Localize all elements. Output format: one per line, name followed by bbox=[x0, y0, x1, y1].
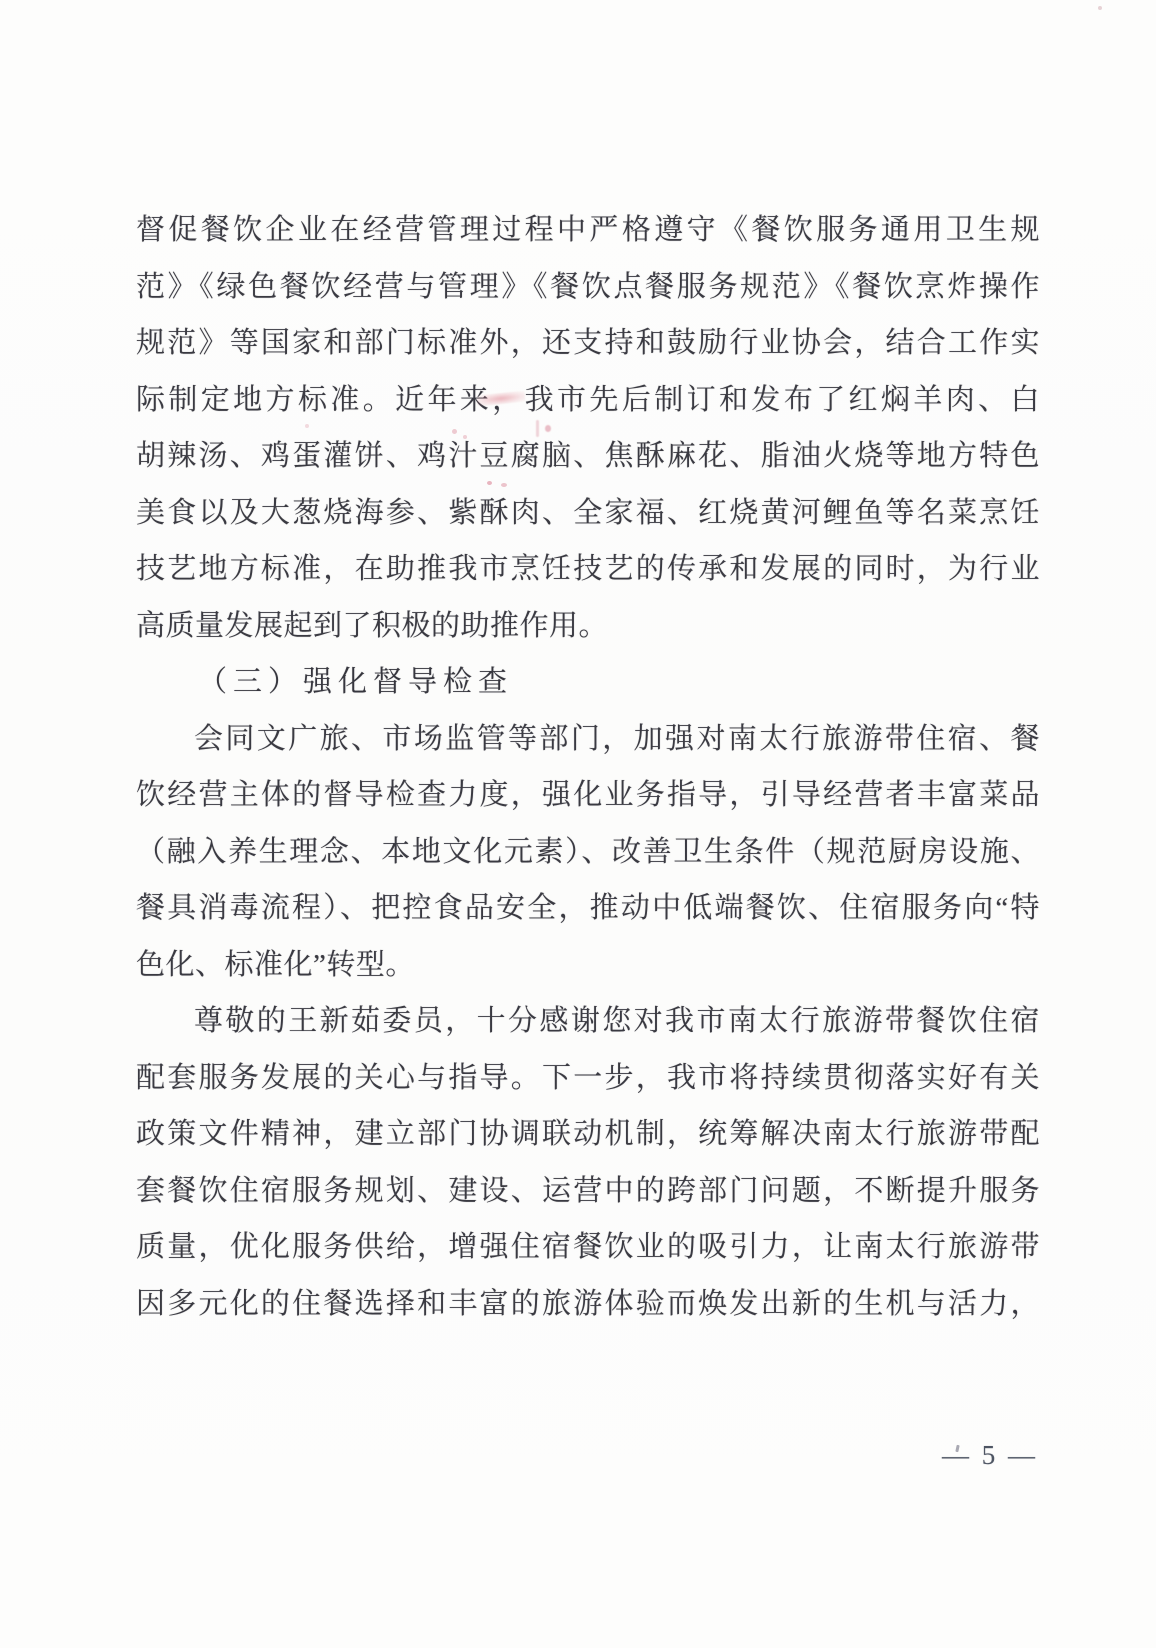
text-line: 胡辣汤、鸡蛋灌饼、鸡汁豆腐脑、焦酥麻花、脂油火烧等地方特色 bbox=[136, 428, 1040, 485]
section-heading: （三）强化督导检查 bbox=[136, 654, 1040, 711]
text-line: 规范》等国家和部门标准外，还支持和鼓励行业协会，结合工作实 bbox=[136, 315, 1040, 372]
text-line: 套餐饮住宿服务规划、建设、运营中的跨部门问题，不断提升服务 bbox=[136, 1163, 1040, 1220]
text-line-paragraph-end: 高质量发展起到了积极的助推作用。 bbox=[136, 598, 1040, 655]
text-line-paragraph-end: 色化、标准化”转型。 bbox=[136, 937, 1040, 994]
text-line: 饮经营主体的督导检查力度，强化业务指导，引导经营者丰富菜品 bbox=[136, 767, 1040, 824]
page-number: — 5 — bbox=[942, 1440, 1038, 1471]
text-line: 因多元化的住餐选择和丰富的旅游体验而焕发出新的生机与活力， bbox=[136, 1276, 1040, 1333]
text-line-paragraph-start: 尊敬的王新茹委员，十分感谢您对我市南太行旅游带餐饮住宿 bbox=[136, 993, 1040, 1050]
text-line: 餐具消毒流程）、把控食品安全，推动中低端餐饮、住宿服务向“特 bbox=[136, 880, 1040, 937]
text-line: 美食以及大葱烧海参、紫酥肉、全家福、红烧黄河鲤鱼等名菜烹饪 bbox=[136, 485, 1040, 542]
text-line: 技艺地方标准，在助推我市烹饪技艺的传承和发展的同时，为行业 bbox=[136, 541, 1040, 598]
text-line: 际制定地方标准。近年来，我市先后制订和发布了红焖羊肉、白 bbox=[136, 372, 1040, 429]
text-line: 督促餐饮企业在经营管理过程中严格遵守《餐饮服务通用卫生规 bbox=[136, 202, 1040, 259]
document-page: 督促餐饮企业在经营管理过程中严格遵守《餐饮服务通用卫生规 范》《绿色餐饮经营与管… bbox=[0, 0, 1156, 1648]
scan-artifact bbox=[1098, 6, 1102, 10]
text-line: 范》《绿色餐饮经营与管理》《餐饮点餐服务规范》《餐饮烹炸操作 bbox=[136, 259, 1040, 316]
text-line: （融入养生理念、本地文化元素）、改善卫生条件（规范厨房设施、 bbox=[136, 824, 1040, 881]
text-line: 政策文件精神，建立部门协调联动机制，统筹解决南太行旅游带配 bbox=[136, 1106, 1040, 1163]
text-line-paragraph-start: 会同文广旅、市场监管等部门，加强对南太行旅游带住宿、餐 bbox=[136, 711, 1040, 768]
text-line: 配套服务发展的关心与指导。下一步，我市将持续贯彻落实好有关 bbox=[136, 1050, 1040, 1107]
document-body: 督促餐饮企业在经营管理过程中严格遵守《餐饮服务通用卫生规 范》《绿色餐饮经营与管… bbox=[136, 202, 1040, 1332]
text-line: 质量，优化服务供给，增强住宿餐饮业的吸引力，让南太行旅游带 bbox=[136, 1219, 1040, 1276]
